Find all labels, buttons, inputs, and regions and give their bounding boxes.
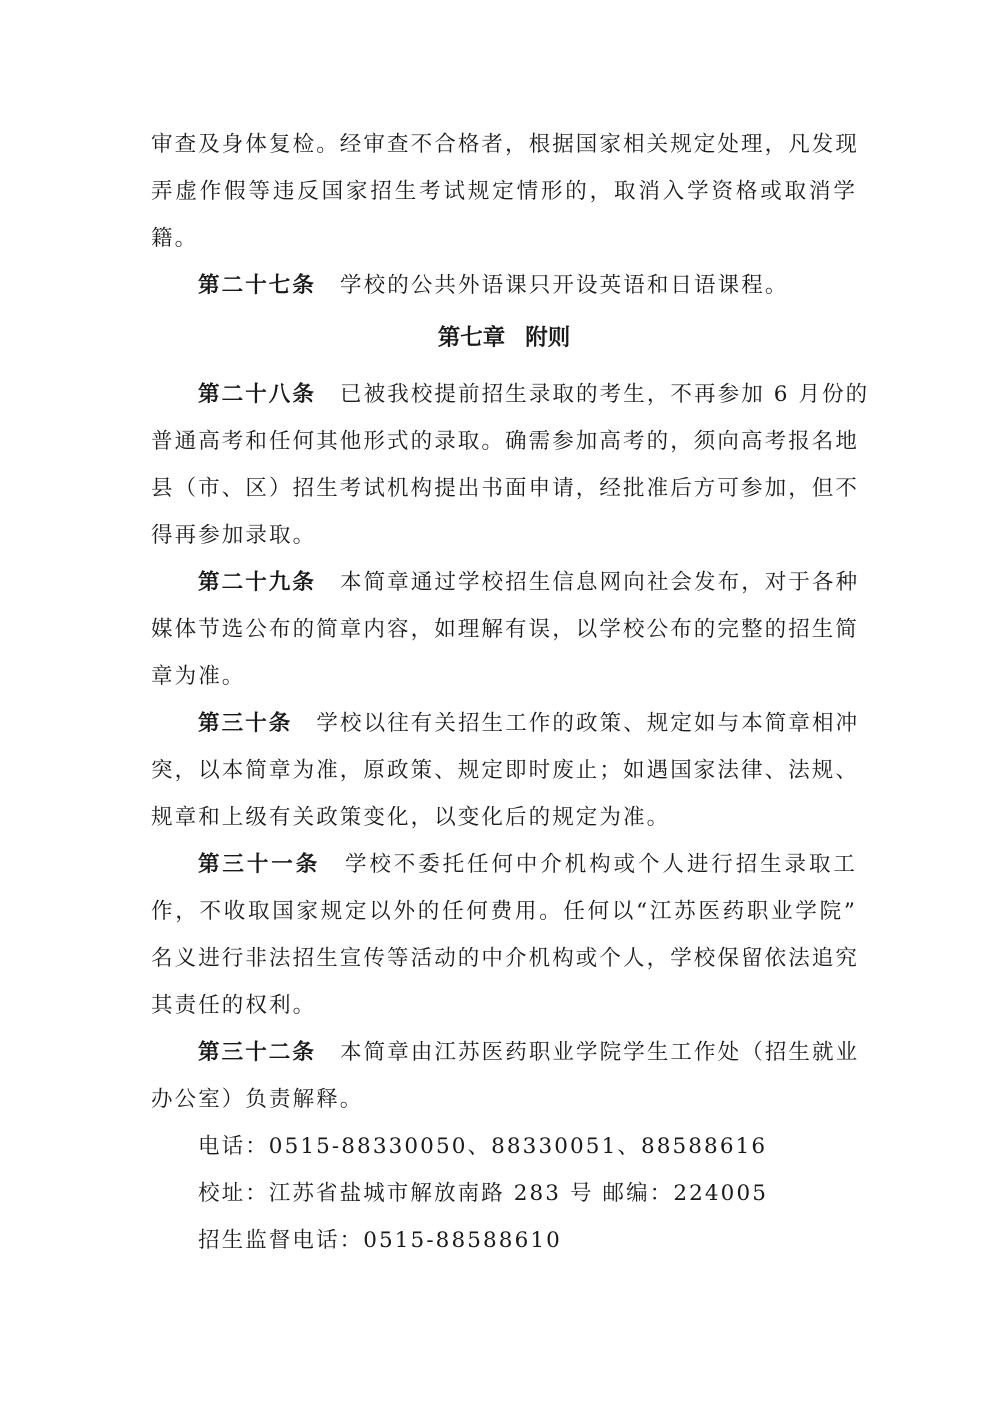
paragraph-line: 县（市、区）招生考试机构提出书面申请，经批准后方可参加，但不 [151,465,857,512]
article-text: 本简章由江苏医药职业学院学生工作处（招生就业 [340,1040,859,1065]
article-text: 已被我校提前招生录取的考生，不再参加 6 月份的 [340,382,869,407]
article-text: 学校不委托任何中介机构或个人进行招生录取工 [344,852,857,877]
paragraph-line: 其责任的权利。 [151,982,857,1029]
chapter-heading: 第七章附则 [151,309,857,371]
contact-phone: 电话：0515-88330050、88330051、88588616 [151,1123,857,1170]
article-32: 第三十二条本简章由江苏医药职业学院学生工作处（招生就业 [151,1029,857,1076]
article-30: 第三十条学校以往有关招生工作的政策、规定如与本简章相冲 [151,700,857,747]
article-text: 学校的公共外语课只开设英语和日语课程。 [340,273,788,298]
paragraph-line: 名义进行非法招生宣传等活动的中介机构或个人，学校保留依法追究 [151,935,857,982]
article-text: 本简章通过学校招生信息网向社会发布，对于各种 [340,570,859,595]
paragraph-line: 章为准。 [151,653,857,700]
paragraph-line: 普通高考和任何其他形式的录取。确需参加高考的，须向高考报名地 [151,418,857,465]
contact-address: 校址：江苏省盐城市解放南路 283 号 邮编：224005 [151,1170,857,1217]
article-label: 第三十二条 [198,1040,316,1065]
paragraph-line: 媒体节选公布的简章内容，如理解有误，以学校公布的完整的招生简 [151,606,857,653]
paragraph-line: 弄虚作假等违反国家招生考试规定情形的，取消入学资格或取消学 [151,168,857,215]
article-label: 第三十一条 [198,852,320,877]
article-label: 第二十八条 [198,382,316,407]
document-page: 审查及身体复检。经审查不合格者，根据国家相关规定处理，凡发现 弄虚作假等违反国家… [151,121,857,1264]
chapter-number: 第七章 [438,325,506,351]
article-31: 第三十一条学校不委托任何中介机构或个人进行招生录取工 [151,841,857,888]
paragraph-line: 突，以本简章为准，原政策、规定即时废止；如遇国家法律、法规、 [151,747,857,794]
paragraph-line: 办公室）负责解释。 [151,1076,857,1123]
paragraph-line: 籍。 [151,215,857,262]
paragraph-line: 规章和上级有关政策变化，以变化后的规定为准。 [151,794,857,841]
article-label: 第三十条 [198,711,292,736]
article-label: 第二十九条 [198,570,316,595]
article-28: 第二十八条已被我校提前招生录取的考生，不再参加 6 月份的 [151,371,857,418]
paragraph-line: 作，不收取国家规定以外的任何费用。任何以“江苏医药职业学院” [151,888,857,935]
chapter-title: 附则 [525,325,570,351]
paragraph-line: 审查及身体复检。经审查不合格者，根据国家相关规定处理，凡发现 [151,121,857,168]
article-text: 学校以往有关招生工作的政策、规定如与本简章相冲 [316,711,859,736]
article-label: 第二十七条 [198,273,316,298]
paragraph-line: 得再参加录取。 [151,512,857,559]
article-27: 第二十七条学校的公共外语课只开设英语和日语课程。 [151,262,857,309]
contact-supervision-phone: 招生监督电话：0515-88588610 [151,1217,857,1264]
article-29: 第二十九条本简章通过学校招生信息网向社会发布，对于各种 [151,559,857,606]
